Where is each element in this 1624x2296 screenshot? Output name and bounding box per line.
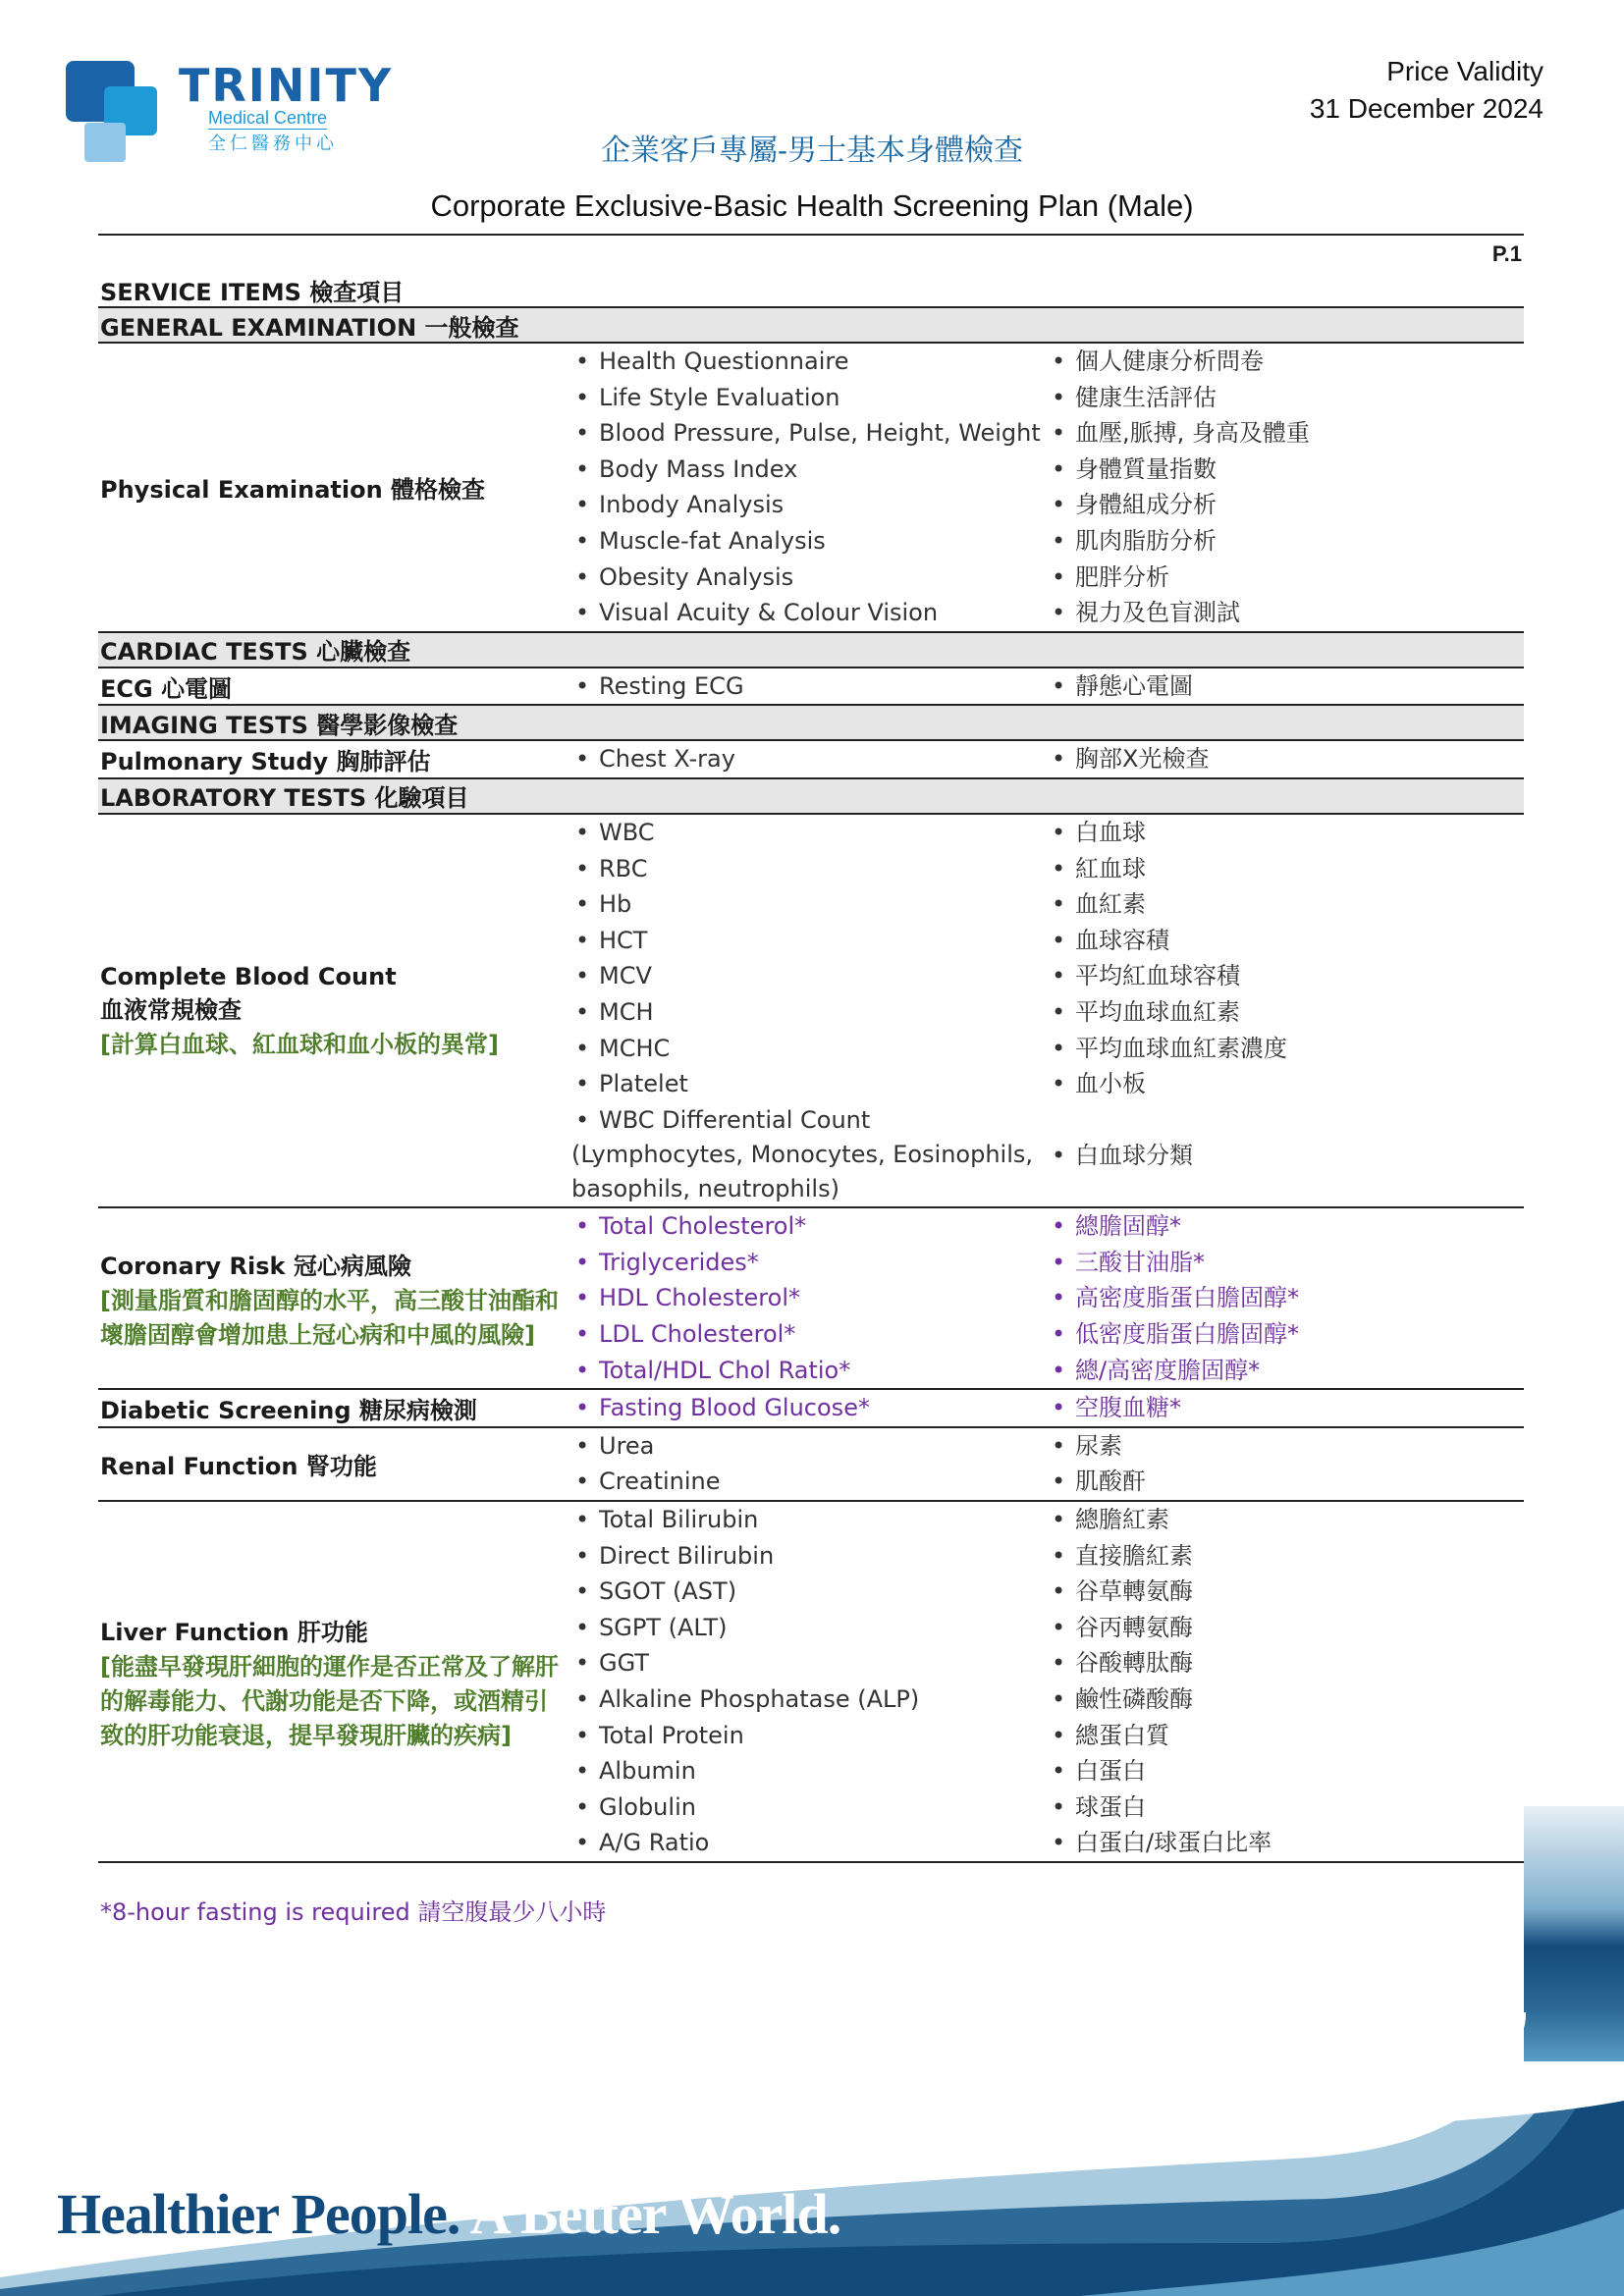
row-label: Liver Function 肝功能 [能盡早發現肝細胞的運作是否正常及了解肝的… xyxy=(98,1502,571,1861)
list-item: Blood Pressure, Pulse, Height, Weight xyxy=(571,415,1048,452)
items-en: Resting ECG xyxy=(571,668,1048,705)
list-item: Albumin xyxy=(571,1753,1048,1789)
list-item: 白血球 xyxy=(1048,815,1524,851)
list-item: 空腹血糖* xyxy=(1048,1390,1524,1426)
list-item: 高密度脂蛋白膽固醇* xyxy=(1048,1280,1524,1316)
list-item: 總/高密度膽固醇* xyxy=(1048,1353,1524,1389)
divider xyxy=(98,234,1524,236)
list-item: 紅血球 xyxy=(1048,851,1524,887)
label-text: Liver Function 肝功能 xyxy=(100,1613,571,1647)
list-item: 谷草轉氨酶 xyxy=(1048,1574,1524,1610)
list-item: Hb xyxy=(571,886,1048,923)
row-renal: Renal Function 腎功能 Urea Creatinine 尿素 肌酸… xyxy=(98,1428,1524,1502)
section-general: GENERAL EXAMINATION 一般檢查 xyxy=(98,308,1524,344)
list-item: Total/HDL Chol Ratio* xyxy=(571,1353,1048,1389)
items-en: Urea Creatinine xyxy=(571,1428,1048,1500)
items-en: WBC RBC Hb HCT MCV MCH MCHC Platelet WBC… xyxy=(571,815,1048,1206)
row-label: ECG 心電圖 xyxy=(98,668,571,705)
section-title: GENERAL EXAMINATION 一般檢查 xyxy=(100,308,519,343)
items-cn: 總膽紅素 直接膽紅素 谷草轉氨酶 谷丙轉氨酶 谷酸轉肽酶 鹼性磷酸酶 總蛋白質 … xyxy=(1048,1502,1524,1861)
list-item: 總膽固醇* xyxy=(1048,1208,1524,1245)
list-item: Health Questionnaire xyxy=(571,344,1048,380)
list-item: 身體組成分析 xyxy=(1048,487,1524,523)
tagline: Healthier People. A Better World. xyxy=(57,2181,840,2247)
list-item: 三酸甘油脂* xyxy=(1048,1245,1524,1281)
list-item: Direct Bilirubin xyxy=(571,1538,1048,1575)
items-en: Health Questionnaire Life Style Evaluati… xyxy=(571,344,1048,631)
row-label: Complete Blood Count 血液常規檢查 [計算白血球、紅血球和血… xyxy=(98,815,571,1206)
items-en: Chest X-ray xyxy=(571,741,1048,777)
list-item: 平均紅血球容積 xyxy=(1048,958,1524,994)
logo-brand: TRINITY xyxy=(179,59,393,112)
list-item: Visual Acuity & Colour Vision xyxy=(571,595,1048,631)
tagline-part2: A Better World. xyxy=(470,2182,841,2246)
section-title: LABORATORY TESTS 化驗項目 xyxy=(100,778,469,813)
row-label: Renal Function 腎功能 xyxy=(98,1428,571,1500)
list-item: 身體質量指數 xyxy=(1048,452,1524,488)
page-title-cn: 企業客戶專屬-男士基本身體檢查 xyxy=(0,126,1624,169)
list-item: 視力及色盲測試 xyxy=(1048,595,1524,631)
items-cn: 胸部X光檢查 xyxy=(1048,741,1524,777)
list-item: HCT xyxy=(571,923,1048,959)
items-en: Fasting Blood Glucose* xyxy=(571,1390,1048,1426)
tagline-part1: Healthier People. xyxy=(57,2182,460,2246)
items-cn: 尿素 肌酸酐 xyxy=(1048,1428,1524,1500)
list-item: RBC xyxy=(571,851,1048,887)
items-en: Total Bilirubin Direct Bilirubin SGOT (A… xyxy=(571,1502,1048,1861)
list-item: HDL Cholesterol* xyxy=(571,1280,1048,1316)
row-label: Diabetic Screening 糖尿病檢測 xyxy=(98,1390,571,1426)
list-item: Total Cholesterol* xyxy=(571,1208,1048,1245)
list-item: Creatinine xyxy=(571,1464,1048,1500)
list-item-detail: (Lymphocytes, Monocytes, Eosinophils, ba… xyxy=(571,1138,1048,1206)
list-item: 健康生活評估 xyxy=(1048,380,1524,416)
label-note: [能盡早發現肝細胞的運作是否正常及了解肝的解毒能力、代謝功能是否下降，或酒精引致… xyxy=(100,1647,562,1750)
price-validity: Price Validity 31 December 2024 xyxy=(1310,53,1543,128)
list-item: GGT xyxy=(571,1645,1048,1682)
list-item: 個人健康分析問卷 xyxy=(1048,344,1524,380)
spacer xyxy=(1048,1102,1524,1138)
content-panel-corner xyxy=(1473,2012,1526,2067)
section-laboratory: LABORATORY TESTS 化驗項目 xyxy=(98,779,1524,815)
section-cardiac: CARDIAC TESTS 心臟檢查 xyxy=(98,633,1524,668)
list-item: SGPT (ALT) xyxy=(571,1610,1048,1646)
list-item: WBC Differential Count xyxy=(571,1102,1048,1139)
row-pulmonary: Pulmonary Study 胸肺評估 Chest X-ray 胸部X光檢查 xyxy=(98,741,1524,779)
label-text: Pulmonary Study 胸肺評估 xyxy=(100,742,571,776)
row-cbc: Complete Blood Count 血液常規檢查 [計算白血球、紅血球和血… xyxy=(98,815,1524,1208)
list-item: 白血球分類 xyxy=(1048,1138,1524,1174)
list-item: Resting ECG xyxy=(571,668,1048,705)
list-item: Chest X-ray xyxy=(571,741,1048,777)
list-item: 尿素 xyxy=(1048,1428,1524,1465)
list-item: Platelet xyxy=(571,1066,1048,1102)
list-item: Triglycerides* xyxy=(571,1245,1048,1281)
list-item: 直接膽紅素 xyxy=(1048,1538,1524,1575)
row-coronary: Coronary Risk 冠心病風險 [測量脂質和膽固醇的水平，高三酸甘油酯和… xyxy=(98,1208,1524,1390)
list-item: Life Style Evaluation xyxy=(571,380,1048,416)
list-item: LDL Cholesterol* xyxy=(571,1316,1048,1353)
footer-wave-graphic xyxy=(0,2061,1624,2296)
list-item: 胸部X光檢查 xyxy=(1048,741,1524,777)
items-en: Total Cholesterol* Triglycerides* HDL Ch… xyxy=(571,1208,1048,1388)
list-item: 血紅素 xyxy=(1048,886,1524,923)
row-ecg: ECG 心電圖 Resting ECG 靜態心電圖 xyxy=(98,668,1524,707)
list-item: Urea xyxy=(571,1428,1048,1465)
page-number: P.1 xyxy=(1492,241,1522,267)
label-text: Physical Examination 體格檢查 xyxy=(100,470,571,505)
list-item: 靜態心電圖 xyxy=(1048,668,1524,705)
row-label: Pulmonary Study 胸肺評估 xyxy=(98,741,571,777)
list-item: Body Mass Index xyxy=(571,452,1048,488)
label-text: Renal Function 腎功能 xyxy=(100,1447,571,1481)
list-item: 球蛋白 xyxy=(1048,1789,1524,1826)
list-item: WBC xyxy=(571,815,1048,851)
list-item: 肌酸酐 xyxy=(1048,1464,1524,1500)
list-item: 肥胖分析 xyxy=(1048,560,1524,596)
items-cn: 個人健康分析問卷 健康生活評估 血壓,脈搏, 身高及體重 身體質量指數 身體組成… xyxy=(1048,344,1524,631)
list-item: 肌肉脂肪分析 xyxy=(1048,523,1524,560)
list-item: Muscle-fat Analysis xyxy=(571,523,1048,560)
validity-label: Price Validity xyxy=(1310,53,1543,90)
service-items-label: SERVICE ITEMS 檢查項目 xyxy=(100,273,404,307)
list-item: MCH xyxy=(571,994,1048,1031)
section-title: CARDIAC TESTS 心臟檢查 xyxy=(100,632,410,667)
row-liver: Liver Function 肝功能 [能盡早發現肝細胞的運作是否正常及了解肝的… xyxy=(98,1502,1524,1863)
items-cn: 靜態心電圖 xyxy=(1048,668,1524,705)
validity-date: 31 December 2024 xyxy=(1310,90,1543,128)
service-items-header: SERVICE ITEMS 檢查項目 xyxy=(98,273,1524,308)
list-item: 鹼性磷酸酶 xyxy=(1048,1682,1524,1718)
label-text: ECG 心電圖 xyxy=(100,669,571,704)
fasting-footnote: *8-hour fasting is required 請空腹最少八小時 xyxy=(100,1893,606,1927)
label-text-cn: 血液常規檢查 xyxy=(100,990,571,1025)
row-diabetic: Diabetic Screening 糖尿病檢測 Fasting Blood G… xyxy=(98,1390,1524,1428)
row-label: Coronary Risk 冠心病風險 [測量脂質和膽固醇的水平，高三酸甘油酯和… xyxy=(98,1208,571,1388)
label-text: Diabetic Screening 糖尿病檢測 xyxy=(100,1391,571,1425)
items-cn: 白血球 紅血球 血紅素 血球容積 平均紅血球容積 平均血球血紅素 平均血球血紅素… xyxy=(1048,815,1524,1206)
items-cn: 空腹血糖* xyxy=(1048,1390,1524,1426)
list-item: 谷丙轉氨酶 xyxy=(1048,1610,1524,1646)
list-item: Inbody Analysis xyxy=(571,487,1048,523)
list-item: Alkaline Phosphatase (ALP) xyxy=(571,1682,1048,1718)
side-wave-graphic xyxy=(1524,1806,1624,2061)
list-item: 白蛋白/球蛋白比率 xyxy=(1048,1825,1524,1861)
list-item: 谷酸轉肽酶 xyxy=(1048,1645,1524,1682)
items-cn: 總膽固醇* 三酸甘油脂* 高密度脂蛋白膽固醇* 低密度脂蛋白膽固醇* 總/高密度… xyxy=(1048,1208,1524,1388)
list-item: 血小板 xyxy=(1048,1066,1524,1102)
label-text: Complete Blood Count xyxy=(100,963,571,990)
label-text: Coronary Risk 冠心病風險 xyxy=(100,1247,571,1281)
service-table: SERVICE ITEMS 檢查項目 GENERAL EXAMINATION 一… xyxy=(98,273,1524,1863)
list-item: Globulin xyxy=(571,1789,1048,1826)
page-title: Corporate Exclusive-Basic Health Screeni… xyxy=(0,188,1624,224)
list-item: A/G Ratio xyxy=(571,1825,1048,1861)
list-item: 總蛋白質 xyxy=(1048,1718,1524,1754)
section-imaging: IMAGING TESTS 醫學影像檢查 xyxy=(98,706,1524,741)
list-item: MCHC xyxy=(571,1031,1048,1067)
label-note: [測量脂質和膽固醇的水平，高三酸甘油酯和壞膽固醇會增加患上冠心病和中風的風險] xyxy=(100,1281,562,1350)
list-item: 白蛋白 xyxy=(1048,1753,1524,1789)
list-item: 總膽紅素 xyxy=(1048,1502,1524,1538)
row-physical: Physical Examination 體格檢查 Health Questio… xyxy=(98,344,1524,633)
list-item: 血球容積 xyxy=(1048,923,1524,959)
list-item: 血壓,脈搏, 身高及體重 xyxy=(1048,415,1524,452)
list-item: Total Bilirubin xyxy=(571,1502,1048,1538)
list-item: 平均血球血紅素濃度 xyxy=(1048,1031,1524,1067)
list-item: 低密度脂蛋白膽固醇* xyxy=(1048,1316,1524,1353)
list-item: Total Protein xyxy=(571,1718,1048,1754)
list-item: 平均血球血紅素 xyxy=(1048,994,1524,1031)
list-item: Obesity Analysis xyxy=(571,560,1048,596)
list-item: MCV xyxy=(571,958,1048,994)
row-label: Physical Examination 體格檢查 xyxy=(98,344,571,631)
label-note: [計算白血球、紅血球和血小板的異常] xyxy=(100,1025,571,1059)
list-item: SGOT (AST) xyxy=(571,1574,1048,1610)
section-title: IMAGING TESTS 醫學影像檢查 xyxy=(100,706,458,740)
list-item: Fasting Blood Glucose* xyxy=(571,1390,1048,1426)
